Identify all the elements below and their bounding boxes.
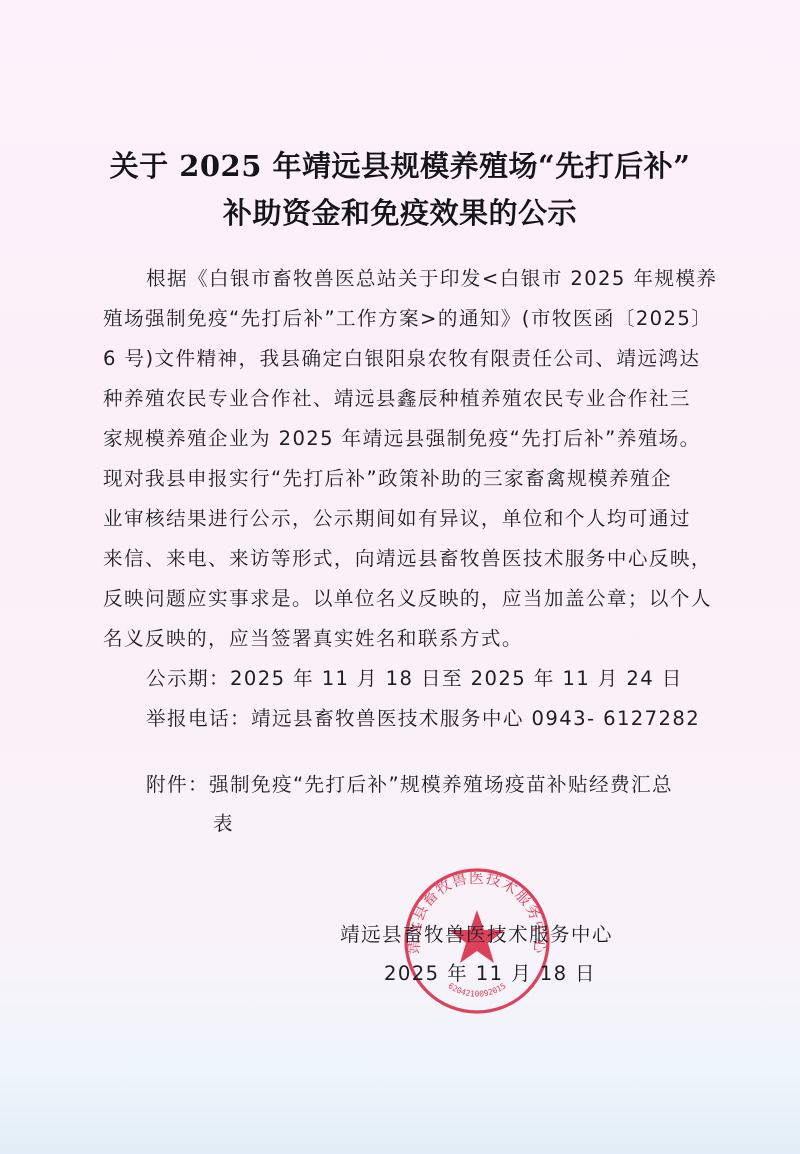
document-title-line-1: 关于 2025 年靖远县规模养殖场“先打后补” [0,144,800,185]
body-line: 种养殖农民专业合作社、靖远县鑫辰种植养殖农民专业合作社三 [103,382,691,411]
signature-organization: 靖远县畜牧兽医技术服务中心 [340,918,613,947]
body-line: 现对我县申报实行“先打后补”政策补助的三家畜禽规模养殖企 [103,462,672,491]
attachment-line-2: 表 [213,807,234,836]
body-line: 名义反映的，应当签署真实姓名和联系方式。 [103,622,523,651]
document-page: 关于 2025 年靖远县规模养殖场“先打后补” 补助资金和免疫效果的公示 根据《… [0,0,800,1154]
report-phone: 举报电话：靖远县畜牧兽医技术服务中心 0943- 6127282 [146,702,700,731]
signature-date: 2025 年 11 月 18 日 [384,957,596,986]
body-line: 6 号)文件精神，我县确定白银阳泉农牧有限责任公司、靖远鸿达 [103,342,700,371]
body-line: 反映问题应实事求是。以单位名义反映的，应当加盖公章；以个人 [103,582,712,611]
body-line: 家规模养殖企业为 2025 年靖远县强制免疫“先打后补”养殖场。 [103,422,701,451]
publicity-period: 公示期：2025 年 11 月 18 日至 2025 年 11 月 24 日 [146,662,683,691]
attachment-line-1: 附件：强制免疫“先打后补”规模养殖场疫苗补贴经费汇总 [146,768,673,797]
body-line: 根据《白银市畜牧兽医总站关于印发<白银市 2025 年规模养 [146,262,717,291]
body-line: 来信、来电、来访等形式，向靖远县畜牧兽医技术服务中心反映， [103,542,712,571]
body-line: 业审核结果进行公示，公示期间如有异议，单位和个人均可通过 [103,502,691,531]
document-title-line-2: 补助资金和免疫效果的公示 [0,191,800,232]
body-line: 殖场强制免疫“先打后补”工作方案>的通知》(市牧医函〔2025〕 [103,302,712,331]
